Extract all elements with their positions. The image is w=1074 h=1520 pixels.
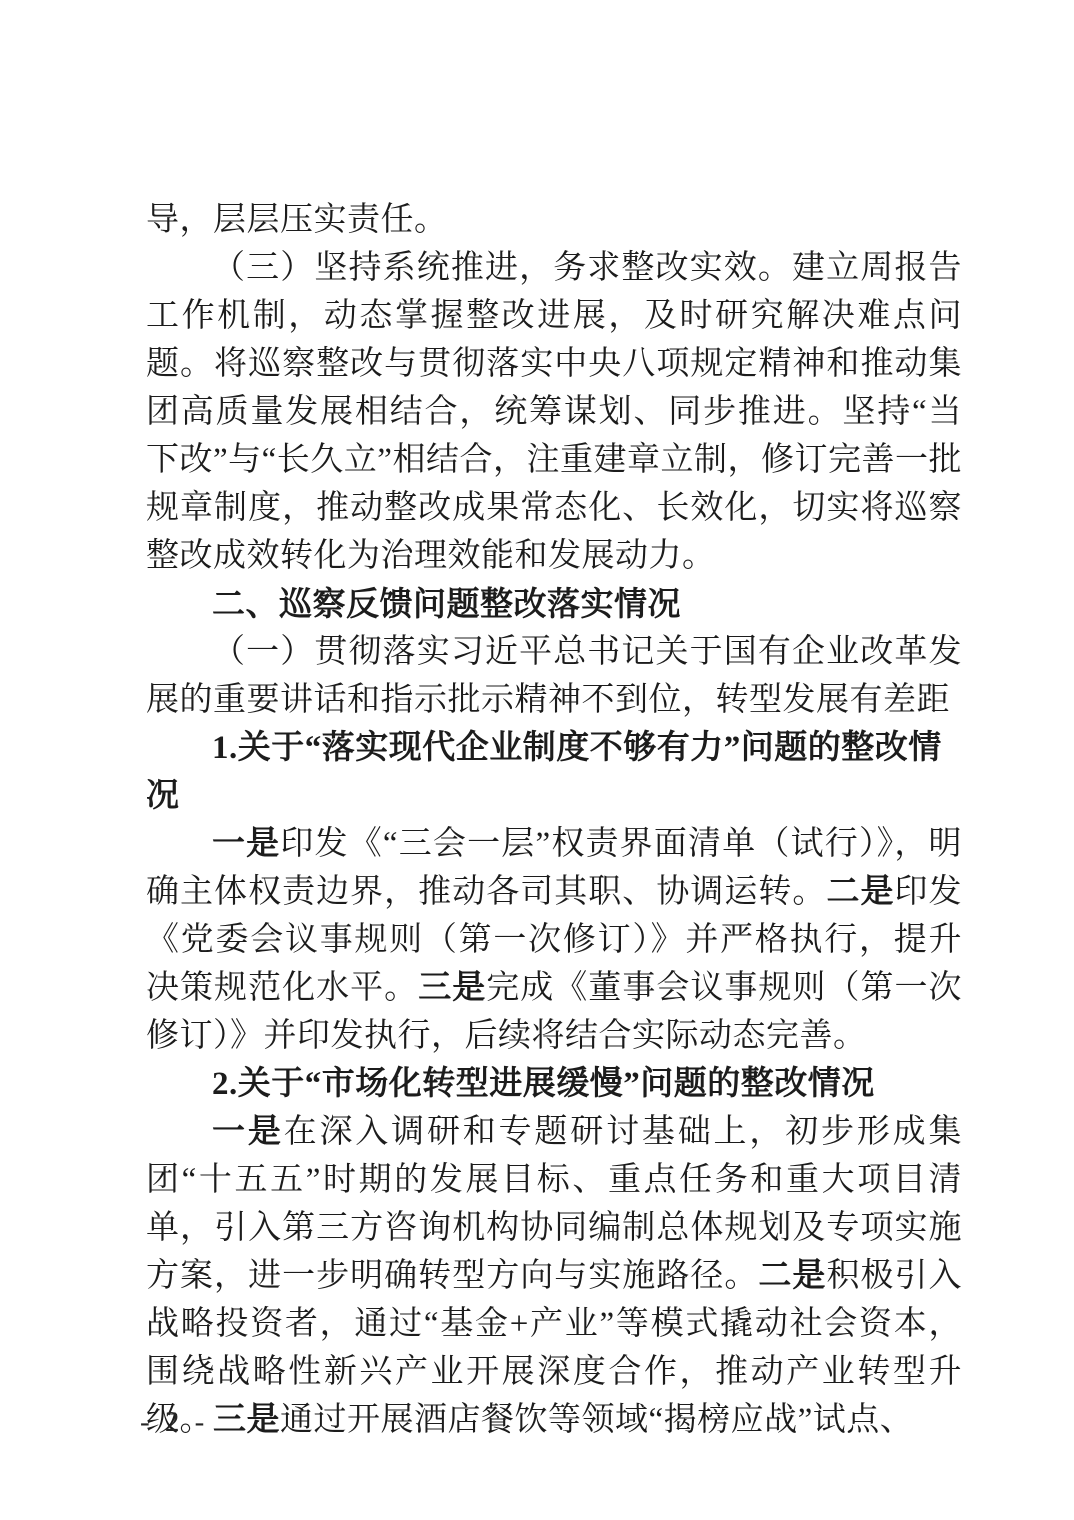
text-run: 2.关于“市场化转型进展缓慢”问题的整改情况 (212, 1066, 875, 1102)
paragraph-2: （三）坚持系统推进，务求整改实效。建立周报告工作机制，动态掌握整改进展，及时研究… (146, 244, 962, 580)
paragraph-5: 1.关于“落实现代企业制度不够有力”问题的整改情况 (146, 724, 962, 820)
text-run: 导，层层压实责任。 (146, 202, 448, 238)
text-run: 一是 (212, 1114, 284, 1150)
paragraph-1: 导，层层压实责任。 (146, 196, 962, 244)
text-run: 三是 (418, 970, 486, 1006)
text-run: （一）贯彻落实习近平总书记关于国有企业改革发展的重要讲话和指示批示精神不到位，转… (146, 634, 962, 718)
text-run: 二是 (826, 874, 894, 910)
text-run: 二、巡察反馈问题整改落实情况 (212, 585, 681, 622)
text-run: 三是 (213, 1402, 280, 1438)
text-run: 通过开展酒店餐饮等领域“揭榜应战”试点、 (280, 1402, 913, 1438)
paragraph-8: 一是在深入调研和专题研讨基础上，初步形成集团“十五五”时期的发展目标、重点任务和… (146, 1108, 962, 1444)
text-run: （三）坚持系统推进，务求整改实效。建立周报告工作机制，动态掌握整改进展，及时研究… (146, 250, 962, 574)
text-run: 1.关于“落实现代企业制度不够有力”问题的整改情况 (146, 730, 942, 814)
paragraph-7: 2.关于“市场化转型进展缓慢”问题的整改情况 (146, 1060, 962, 1108)
paragraph-6: 一是印发《“三会一层”权责界面清单（试行）》，明确主体权责边界，推动各司其职、协… (146, 820, 962, 1060)
paragraph-4: （一）贯彻落实习近平总书记关于国有企业改革发展的重要讲话和指示批示精神不到位，转… (146, 628, 962, 724)
document-body: 导，层层压实责任。（三）坚持系统推进，务求整改实效。建立周报告工作机制，动态掌握… (146, 196, 962, 1444)
page-number: - 2 - (140, 1404, 208, 1440)
text-run: 一是 (212, 826, 280, 862)
document-page: 导，层层压实责任。（三）坚持系统推进，务求整改实效。建立周报告工作机制，动态掌握… (0, 0, 1074, 1520)
paragraph-3: 二、巡察反馈问题整改落实情况 (146, 580, 962, 628)
text-run: 二是 (758, 1258, 826, 1294)
